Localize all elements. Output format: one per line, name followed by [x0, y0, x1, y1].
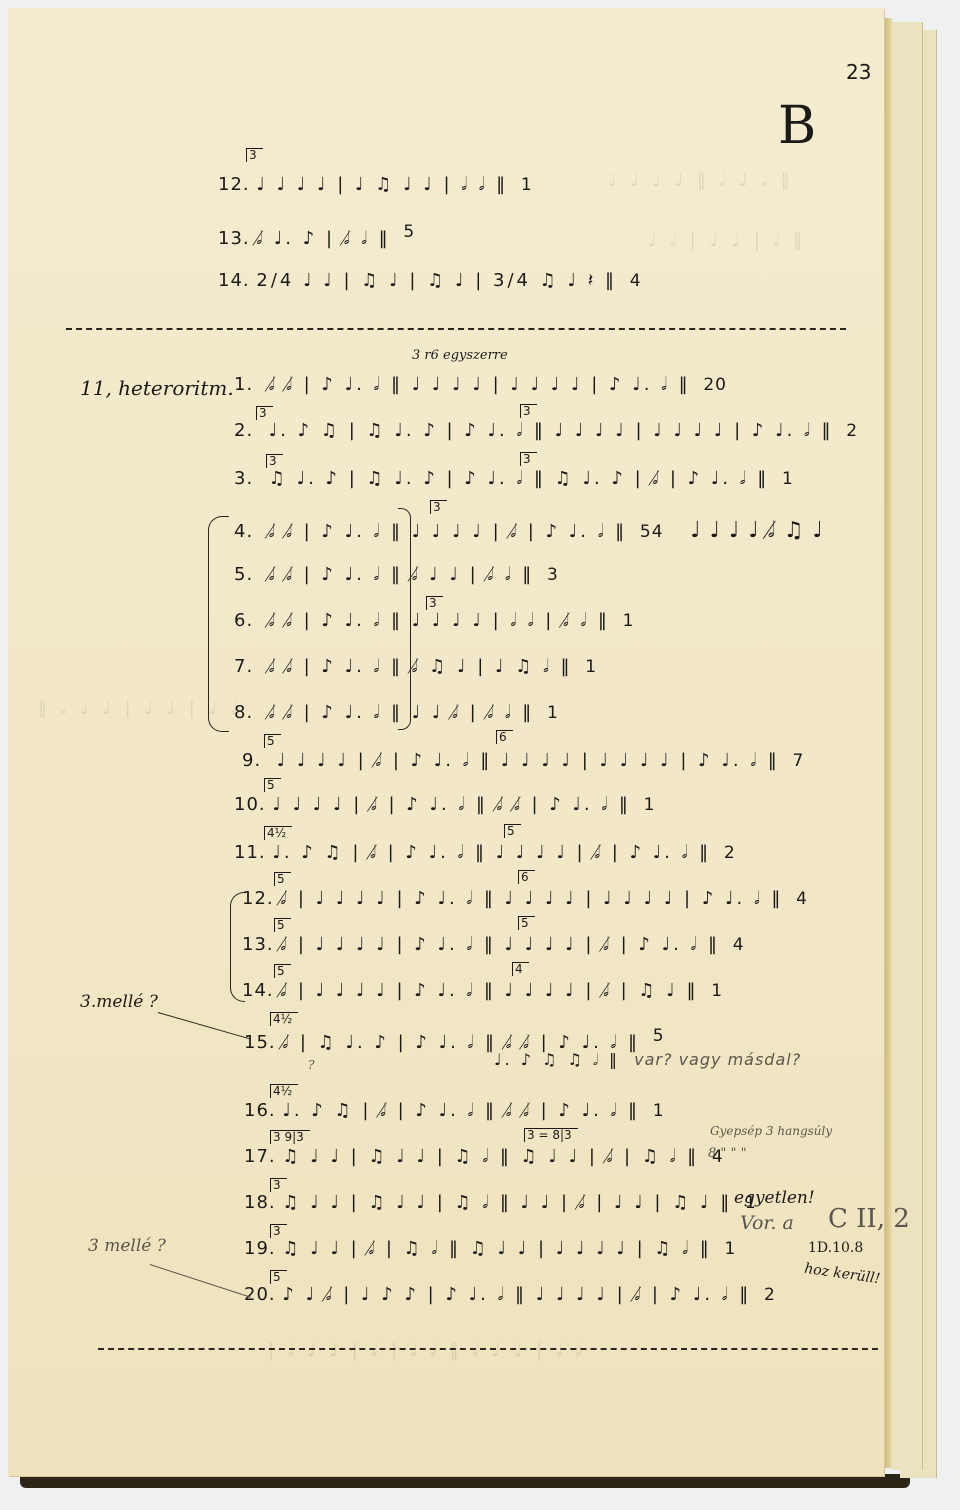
tuplet-marker: 6 [496, 730, 513, 744]
tuplet-marker: 4½ [264, 826, 292, 840]
tuplet-marker: 4½ [270, 1084, 298, 1098]
rhythm-sequence: ♫ ♩. ♪ | ♫ ♩. ♪ | ♪ ♩. 𝅗𝅥 ‖ ♫ ♩. ♪ | 𝅗̸𝅥… [269, 468, 770, 489]
tuplet-marker: 3 [520, 404, 537, 418]
tuplet-marker: 5 [264, 734, 281, 748]
row-number: 6. [234, 610, 262, 631]
occurrence-count: 1 [521, 175, 533, 195]
rhythm-row: 9. ♩ ♩ ♩ ♩ | 𝅗̸𝅥 | ♪ ♩. 𝅗𝅥 ‖ ♩ ♩ ♩ ♩ | ♩… [242, 750, 804, 771]
margin-note-3-melle: 3.mellé ? [80, 992, 158, 1012]
tuplet-marker: 3 [246, 148, 263, 162]
bleed-through: ♩ ♩ ♩ ♩ ‖ 𝅗𝅥 ♩ 𝅗𝅥 ‖ [608, 170, 794, 191]
rhythm-row: 15. 𝅗̸𝅥 | ♫ ♩. ♪ | ♪ ♩. 𝅗𝅥 ‖ 𝅗̸𝅥 𝅗̸𝅥 | ♪… [244, 1026, 665, 1053]
margin-note-3-melle-pencil: 3 mellé ? [88, 1236, 166, 1256]
rhythm-sequence: ♫ ♩ ♩ | 𝅗̸𝅥 | ♫ 𝅗𝅥 ‖ ♫ ♩ ♩ | ♩ ♩ ♩ ♩ | ♫… [282, 1238, 711, 1259]
occurrence-count: 7 [793, 751, 805, 771]
tuplet-marker: 4½ [270, 1012, 298, 1026]
section-letter-mark: B [778, 96, 816, 156]
rhythm-row: 7. 𝅗̸𝅥 𝅗̸𝅥 | ♪ ♩. 𝅗𝅥 ‖ 𝅗̸𝅥 ♫ ♩ | ♩ ♫ 𝅗𝅥 … [234, 656, 597, 677]
row-number: 3. [234, 468, 262, 489]
occurrence-count: 1 [653, 1101, 665, 1121]
rhythm-row: 12. 𝅗̸𝅥 | ♩ ♩ ♩ ♩ | ♪ ♩. 𝅗𝅥 ‖ ♩ ♩ ♩ ♩ | … [242, 888, 808, 909]
row-number: 8. [234, 702, 262, 723]
rhythm-row: 8. 𝅗̸𝅥 𝅗̸𝅥 | ♪ ♩. 𝅗𝅥 ‖ ♩ ♩ 𝅗̸𝅥 | 𝅗̸𝅥 𝅗𝅥 … [234, 702, 559, 723]
bleed-through: ♩ 𝅗𝅥 | ♩ ♩ | 𝅗𝅥 ‖ [648, 230, 806, 251]
rhythm-sequence: 𝅗̸𝅥 𝅗̸𝅥 | ♪ ♩. 𝅗𝅥 ‖ ♩ ♩ ♩ ♩ | 𝅗𝅥 𝅗𝅥 | 𝅗̸… [269, 610, 610, 631]
tuplet-marker: 5 [274, 918, 291, 932]
occurrence-count: 4 [630, 271, 642, 291]
rhythm-sequence: ♩ ♩ ♩ ♩ | ♩ ♫ ♩ ♩ | 𝅗𝅥 𝅗𝅥 ‖ [256, 174, 508, 195]
row-number: 15. [244, 1032, 276, 1053]
rhythm-row: 14. 𝅗̸𝅥 | ♩ ♩ ♩ ♩ | ♪ ♩. 𝅗𝅥 ‖ ♩ ♩ ♩ ♩ | … [242, 980, 723, 1001]
occurrence-count: 1 [644, 795, 656, 815]
grouping-brace [230, 892, 245, 1002]
pencil-note-ditto: 8 " " " [708, 1146, 747, 1161]
row-number: 18. [244, 1192, 276, 1213]
occurrence-count: 54 [640, 522, 664, 542]
tuplet-marker: 3 [520, 452, 537, 466]
note-hoz-kerull: hoz kerüll! [803, 1261, 881, 1287]
occurrence-count: 1 [585, 657, 597, 677]
occurrence-count: 5 [653, 1026, 665, 1046]
leader-line [150, 1264, 251, 1298]
leader-line [158, 1012, 251, 1039]
row-number: 4. [234, 521, 262, 542]
occurrence-count: 1 [547, 703, 559, 723]
tuplet-marker: 3 [266, 454, 283, 468]
tuplet-marker: 3 [256, 406, 273, 420]
rhythm-sequence: 𝅗̸𝅥 ♩. ♪ | 𝅗̸𝅥 𝅗𝅥 ‖ [256, 228, 390, 249]
note-egyetlen: egyetlen! [734, 1188, 815, 1208]
row-number: 14. [242, 980, 274, 1001]
rhythm-row: 13. 𝅗̸𝅥 ♩. ♪ | 𝅗̸𝅥 𝅗𝅥 ‖ 5 [218, 222, 415, 249]
rhythm-row: 1. 𝅗̸𝅥 𝅗̸𝅥 | ♪ ♩. 𝅗𝅥 ‖ ♩ ♩ ♩ ♩ | ♩ ♩ ♩ ♩… [234, 374, 727, 395]
rhythm-sequence: ♪ ♩ 𝅗̸𝅥 | ♩ ♪ ♪ | ♪ ♩. 𝅗𝅥 ‖ ♩ ♩ ♩ ♩ | 𝅗̸… [282, 1284, 751, 1305]
tuplet-marker: 3 [270, 1224, 287, 1238]
pencil-note-reference: C II, 2 [828, 1204, 910, 1234]
extra-rhythm-sketch: ♩ ♩ ♩ ♩ 𝅗̸𝅥 ♫ ♩ [690, 518, 824, 543]
rhythm-row: 4. 𝅗̸𝅥 𝅗̸𝅥 | ♪ ♩. 𝅗𝅥 ‖ ♩ ♩ ♩ ♩ | 𝅗̸𝅥 | ♪… [234, 518, 824, 543]
row-number: 17. [244, 1146, 276, 1167]
rhythm-sequence: ♫ ♩ ♩ | ♫ ♩ ♩ | ♫ 𝅗𝅥 ‖ ♩ ♩ | 𝅗̸𝅥 | ♩ ♩ |… [282, 1192, 732, 1213]
row-number: 7. [234, 656, 262, 677]
occurrence-count: 1 [782, 469, 794, 489]
row-number: 13. [242, 934, 274, 955]
page-number: 23 [846, 60, 871, 84]
grouping-brace [398, 508, 411, 730]
row-number: 16. [244, 1100, 276, 1121]
manuscript-page: ♩ ♩ ♩ ♩ ‖ 𝅗𝅥 ♩ 𝅗𝅥 ‖ ♩ 𝅗𝅥 | ♩ ♩ | 𝅗𝅥 ‖ ‖ … [8, 8, 884, 1476]
rhythm-sequence: 2/4 ♩ ♩ | ♫ ♩ | ♫ ♩ | 3/4 ♫ ♩ 𝄽 ‖ [256, 270, 617, 291]
occurrence-count: 5 [403, 222, 415, 242]
rhythm-sequence: 𝅗̸𝅥 | ♩ ♩ ♩ ♩ | ♪ ♩. 𝅗𝅥 ‖ ♩ ♩ ♩ ♩ | ♩ ♩ … [280, 888, 783, 909]
occurrence-count: 1 [623, 611, 635, 631]
pencil-note-gyepsep: Gyepsép 3 hangsúly [710, 1124, 832, 1138]
rhythm-sequence: 𝅗̸𝅥 | ♩ ♩ ♩ ♩ | ♪ ♩. 𝅗𝅥 ‖ ♩ ♩ ♩ ♩ | 𝅗̸𝅥 … [280, 934, 720, 955]
dashed-separator [66, 328, 846, 330]
row-number: 2. [234, 420, 262, 441]
rhythm-row: 2. ♩. ♪ ♫ | ♫ ♩. ♪ | ♪ ♩. 𝅗𝅥 ‖ ♩ ♩ ♩ ♩ |… [234, 420, 858, 441]
rhythm-sequence: ♩ ♩ ♩ ♩ | 𝅗̸𝅥 | ♪ ♩. 𝅗𝅥 ‖ ♩ ♩ ♩ ♩ | ♩ ♩ … [277, 750, 780, 771]
tuplet-marker: 3 [270, 1178, 287, 1192]
tuplet-marker: 3 9|3 [270, 1130, 310, 1144]
tuplet-marker: 5 [504, 824, 521, 838]
header-tuplet-note: 3 r6 egyszerre [412, 348, 508, 363]
tuplet-marker: 6 [518, 870, 535, 884]
row-number: 11. [234, 842, 266, 863]
rhythm-variant-row: ♩. ♪ ♫ ♫ 𝅗𝅥 ‖ var? vagy másdal? [494, 1050, 801, 1070]
note-date: 1D.10.8 [808, 1240, 863, 1256]
row-number: 20. [244, 1284, 276, 1305]
row-number: 9. [242, 750, 270, 771]
rhythm-sequence: 𝅗̸𝅥 | ♩ ♩ ♩ ♩ | ♪ ♩. 𝅗𝅥 ‖ ♩ ♩ ♩ ♩ | 𝅗̸𝅥 … [280, 980, 698, 1001]
rhythm-row: 13. 𝅗̸𝅥 | ♩ ♩ ♩ ♩ | ♪ ♩. 𝅗𝅥 ‖ ♩ ♩ ♩ ♩ | … [242, 934, 745, 955]
rhythm-row: 20. ♪ ♩ 𝅗̸𝅥 | ♩ ♪ ♪ | ♪ ♩. 𝅗𝅥 ‖ ♩ ♩ ♩ ♩ … [244, 1284, 776, 1305]
rhythm-row: 11. ♩. ♪ ♫ | 𝅗̸𝅥 | ♪ ♩. 𝅗𝅥 ‖ ♩ ♩ ♩ ♩ | 𝅗… [234, 842, 736, 863]
underlying-sheet [892, 22, 923, 1470]
tuplet-marker: 5 [270, 1270, 287, 1284]
pencil-note-vor: Vor. a [740, 1212, 794, 1234]
rhythm-sequence: ♫ ♩ ♩ | ♫ ♩ ♩ | ♫ 𝅗𝅥 ‖ ♫ ♩ ♩ | 𝅗̸𝅥 | ♫ 𝅗… [282, 1146, 699, 1167]
rhythm-sequence: 𝅗̸𝅥 𝅗̸𝅥 | ♪ ♩. 𝅗𝅥 ‖ ♩ ♩ ♩ ♩ | 𝅗̸𝅥 | ♪ ♩.… [269, 521, 627, 542]
rhythm-row: 17. ♫ ♩ ♩ | ♫ ♩ ♩ | ♫ 𝅗𝅥 ‖ ♫ ♩ ♩ | 𝅗̸𝅥 |… [244, 1146, 724, 1167]
tuplet-marker: 5 [264, 778, 281, 792]
row-number: 1. [234, 374, 262, 395]
row-number: 13. [218, 228, 250, 249]
occurrence-count: 3 [547, 565, 559, 585]
rhythm-row: 6. 𝅗̸𝅥 𝅗̸𝅥 | ♪ ♩. 𝅗𝅥 ‖ ♩ ♩ ♩ ♩ | 𝅗𝅥 𝅗𝅥 |… [234, 610, 635, 631]
occurrence-count: 1 [724, 1239, 736, 1259]
rhythm-row: 10. ♩ ♩ ♩ ♩ | 𝅗̸𝅥 | ♪ ♩. 𝅗𝅥 ‖ 𝅗̸𝅥 𝅗̸𝅥 | … [234, 794, 655, 815]
tuplet-marker: 5 [518, 916, 535, 930]
occurrence-count: 4 [733, 935, 745, 955]
grouping-brace [208, 516, 229, 732]
rhythm-row: 3. ♫ ♩. ♪ | ♫ ♩. ♪ | ♪ ♩. 𝅗𝅥 ‖ ♫ ♩. ♪ | … [234, 468, 794, 489]
rhythm-row: 18. ♫ ♩ ♩ | ♫ ♩ ♩ | ♫ 𝅗𝅥 ‖ ♩ ♩ | 𝅗̸𝅥 | ♩… [244, 1192, 757, 1213]
pencil-query-note: var? vagy másdal? [634, 1050, 801, 1069]
occurrence-count: 2 [724, 843, 736, 863]
row-number: 10. [234, 794, 266, 815]
rhythm-sequence: ♩. ♪ ♫ | 𝅗̸𝅥 | ♪ ♩. 𝅗𝅥 ‖ 𝅗̸𝅥 𝅗̸𝅥 | ♪ ♩. … [282, 1100, 640, 1121]
rhythm-row: 14. 2/4 ♩ ♩ | ♫ ♩ | ♫ ♩ | 3/4 ♫ ♩ 𝄽 ‖ 4 [218, 270, 642, 291]
tuplet-marker: 3 [426, 596, 443, 610]
tuplet-marker: 3 = 8|3 [524, 1128, 578, 1142]
rhythm-sequence: 𝅗̸𝅥 𝅗̸𝅥 | ♪ ♩. 𝅗𝅥 ‖ 𝅗̸𝅥 ♫ ♩ | ♩ ♫ 𝅗𝅥 ‖ [269, 656, 573, 677]
rhythm-sequence: 𝅗̸𝅥 𝅗̸𝅥 | ♪ ♩. 𝅗𝅥 ‖ ♩ ♩ ♩ ♩ | ♩ ♩ ♩ ♩ | … [269, 374, 691, 395]
occurrence-count: 2 [764, 1285, 776, 1305]
rhythm-row: 19. ♫ ♩ ♩ | 𝅗̸𝅥 | ♫ 𝅗𝅥 ‖ ♫ ♩ ♩ | ♩ ♩ ♩ ♩… [244, 1238, 736, 1259]
rhythm-sequence: ♩ ♩ ♩ ♩ | 𝅗̸𝅥 | ♪ ♩. 𝅗𝅥 ‖ 𝅗̸𝅥 𝅗̸𝅥 | ♪ ♩.… [272, 794, 630, 815]
bleed-through: | 𝅗𝅥 ♩ ♩ | 𝅗𝅥 | 𝅗𝅥 𝅗𝅥 ‖ 𝅗𝅥 ♩ ♩ | 𝅗𝅥 𝅗𝅥 [268, 1340, 585, 1361]
occurrence-count: 1 [711, 981, 723, 1001]
rhythm-sequence: ♩. ♪ ♫ | 𝅗̸𝅥 | ♪ ♩. 𝅗𝅥 ‖ ♩ ♩ ♩ ♩ | 𝅗̸𝅥 |… [272, 842, 711, 863]
rhythm-row: 16. ♩. ♪ ♫ | 𝅗̸𝅥 | ♪ ♩. 𝅗𝅥 ‖ 𝅗̸𝅥 𝅗̸𝅥 | ♪… [244, 1100, 665, 1121]
rhythm-sequence: ♩. ♪ ♫ | ♫ ♩. ♪ | ♪ ♩. 𝅗𝅥 ‖ ♩ ♩ ♩ ♩ | ♩ … [269, 420, 834, 441]
occurrence-count: 20 [703, 375, 727, 395]
occurrence-count: 4 [796, 889, 808, 909]
tuplet-marker: 4 [512, 962, 529, 976]
tuplet-marker: 5 [274, 964, 291, 978]
occurrence-count: 2 [846, 421, 858, 441]
dashed-separator [98, 1348, 878, 1350]
page-stack-shadow [20, 1474, 910, 1488]
row-number: 5. [234, 564, 262, 585]
tuplet-marker: 3 [430, 500, 447, 514]
pencil-question-mark: ? [308, 1058, 314, 1072]
row-number: 12. [218, 174, 250, 195]
rhythm-row: 5. 𝅗̸𝅥 𝅗̸𝅥 | ♪ ♩. 𝅗𝅥 ‖ 𝅗̸𝅥 ♩ ♩ | 𝅗̸𝅥 𝅗𝅥 … [234, 564, 559, 585]
section-label: 11, heteroritm. [80, 376, 234, 400]
row-number: 12. [242, 888, 274, 909]
tuplet-marker: 5 [274, 872, 291, 886]
rhythm-row: 12. ♩ ♩ ♩ ♩ | ♩ ♫ ♩ ♩ | 𝅗𝅥 𝅗𝅥 ‖ 1 [218, 174, 533, 195]
row-number: 14. [218, 270, 250, 291]
row-number: 19. [244, 1238, 276, 1259]
alternate-rhythm: ♩. ♪ ♫ ♫ 𝅗𝅥 ‖ [494, 1050, 620, 1069]
